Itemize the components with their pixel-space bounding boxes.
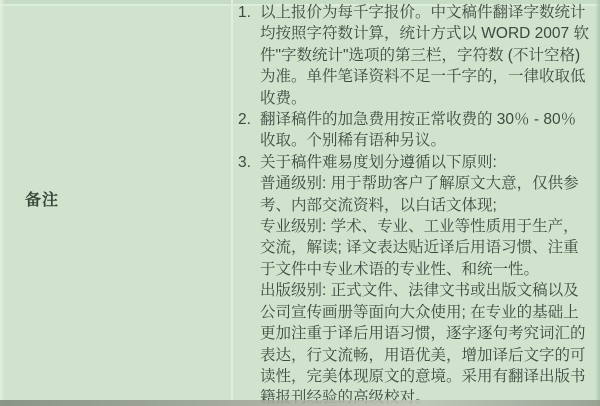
note-item-text: 关于稿件难易度划分遵循以下原则: 普通级别: 用于帮助客户了解原文大意，仅供参 … [260, 152, 586, 406]
row-header-cell: 备注 [0, 0, 231, 406]
text-line: 收费。 [260, 88, 589, 109]
note-item-number: 2. [238, 109, 260, 130]
text-line: 交流，解读; 译文表达贴近译后用语习惯、注重 [260, 237, 586, 258]
note-item-number: 1. [238, 2, 260, 23]
text-line: 翻译稿件的加急费用按正常收费的 30％ - 80％ [260, 109, 576, 130]
note-item-2: 2. 翻译稿件的加急费用按正常收费的 30％ - 80％ 收取。个别稀有语种另议… [233, 109, 600, 152]
text-line: 于文件中专业术语的专业性、和统一性。 [260, 259, 586, 280]
text-line: 考、内部交流资料，以白话文体现; [260, 195, 586, 216]
note-item-1: 1. 以上报价为每千字报价。中文稿件翻译字数统计 均按照字符数计算，统计方式以 … [233, 2, 600, 109]
row-header-label: 备注 [25, 187, 59, 210]
text-line: 表达，行文流畅，用语优美，增加译后文字的可 [260, 345, 586, 366]
text-line: 均按照字符数计算，统计方式以 WORD 2007 软 [260, 23, 589, 44]
note-item-number: 3. [238, 152, 260, 173]
text-line: 为准。单件笔译资料不足一千字的，一律收取低 [260, 66, 589, 87]
note-item-3: 3. 关于稿件难易度划分遵循以下原则: 普通级别: 用于帮助客户了解原文大意，仅… [233, 152, 600, 406]
text-line: 件"字数统计"选项的第三栏，字符数 (不计空格) [260, 45, 589, 66]
notes-cell: 1. 以上报价为每千字报价。中文稿件翻译字数统计 均按照字符数计算，统计方式以 … [233, 2, 600, 406]
table-bottom-edge [0, 400, 600, 406]
text-line: 读性，完美体现原文的意境。采用有翻译出版书 [260, 366, 586, 387]
text-line: 收取。个别稀有语种另议。 [260, 130, 576, 151]
table-right-edge [595, 0, 600, 406]
text-line: 更加注重于译后用语习惯，逐字逐句考究词汇的 [260, 323, 586, 344]
text-line: 专业级别: 学术、专业、工业等性质用于生产， [260, 216, 586, 237]
text-line: 关于稿件难易度划分遵循以下原则: [260, 152, 586, 173]
note-item-text: 翻译稿件的加急费用按正常收费的 30％ - 80％ 收取。个别稀有语种另议。 [260, 109, 576, 152]
pricing-notes-table: 备注 1. 以上报价为每千字报价。中文稿件翻译字数统计 均按照字符数计算，统计方… [0, 0, 600, 406]
text-line: 普通级别: 用于帮助客户了解原文大意，仅供参 [260, 173, 586, 194]
text-line: 以上报价为每千字报价。中文稿件翻译字数统计 [260, 2, 589, 23]
text-line: 出版级别: 正式文件、法律文书或出版文稿以及 [260, 280, 586, 301]
table-left-edge [0, 0, 5, 406]
note-item-text: 以上报价为每千字报价。中文稿件翻译字数统计 均按照字符数计算，统计方式以 WOR… [260, 2, 589, 109]
text-line: 公司宣传画册等面向大众使用; 在专业的基础上 [260, 302, 586, 323]
